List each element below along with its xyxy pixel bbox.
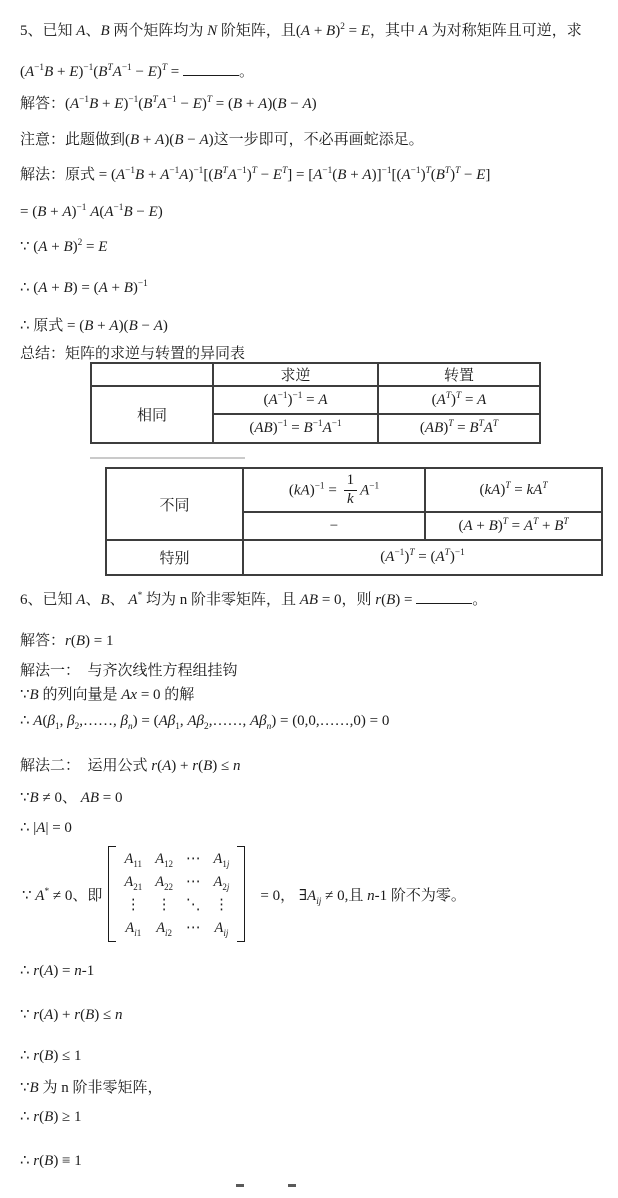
p5-answer: 解答：(A−1B + E)−1(BTA−1 − E)T = (B + A)(B … — [20, 95, 317, 114]
matrix-entry: ⋮ — [126, 897, 141, 914]
matrix-entry: A2j — [214, 874, 230, 891]
matrix-entry: A21 — [124, 874, 142, 891]
matrix-entry: Ai1 — [125, 920, 141, 937]
table2-formula-dash: − — [243, 512, 425, 540]
table2-formula-special: (A−1)T = (AT)−1 — [243, 540, 602, 575]
p6-rank-b-le: ∴ r(B) ≤ 1 — [20, 1047, 82, 1066]
inverse-transpose-table-same: 求逆 转置 相同 (A−1)−1 = A (AT)T = A (AB)−1 = … — [90, 362, 541, 444]
matrix-line-suffix: = 0， ∃Aij ≠ 0,且 n-1 阶不为零。 — [260, 884, 465, 905]
right-bracket — [237, 846, 245, 942]
matrix-entry: ⋮ — [214, 897, 229, 914]
p5-statement-line1: 5、已知 A、B 两个矩阵均为 N 阶矩阵，且(A + B)2 = E，其中 A… — [20, 22, 582, 41]
left-bracket — [108, 846, 116, 942]
p6-method2-because: ∵B ≠ 0、 AB = 0 — [20, 789, 123, 808]
table2-formula-trans-scalar: (kA)T = kAT — [425, 468, 602, 512]
p5-note: 注意：此题做到(B + A)(B − A)这一步即可，不必再画蛇添足。 — [20, 131, 424, 150]
table1-corner-cell — [91, 363, 213, 386]
p5-solution-step1: 解法：原式 = (A−1B + A−1A)−1[(BTA−1)T − ET] =… — [20, 166, 490, 185]
matrix-entry: ⋯ — [186, 874, 201, 891]
matrix-entry: ⋯ — [186, 920, 201, 937]
matrix-line-prefix: ∵ A* ≠ 0、即 — [22, 884, 102, 905]
table2-label-special: 特别 — [106, 540, 243, 575]
p6-method1-title: 解法一： 与齐次线性方程组挂钩 — [20, 662, 238, 681]
matrix-entry: ⋯ — [186, 851, 201, 868]
table1-label-same: 相同 — [91, 386, 213, 443]
table2-label-different: 不同 — [106, 468, 243, 540]
p6-method1-step: ∴ A(β1, β2,……, βn) = (Aβ1, Aβ2,……, Aβn) … — [20, 712, 389, 731]
p6-rank-a: ∴ r(A) = n-1 — [20, 962, 94, 981]
p6-method2-title: 解法二： 运用公式 r(A) + r(B) ≤ n — [20, 757, 241, 776]
cofactor-matrix: A11A12⋯A1jA21A22⋯A2j⋮⋮⋱⋮Ai1Ai2⋯Aij — [108, 846, 245, 942]
document-page: { "colors": { "text": "#1b1b1b", "table_… — [0, 0, 618, 1198]
p6-b-nonzero: ∵B 为 n 阶非零矩阵， — [20, 1079, 162, 1098]
table1-header-inverse: 求逆 — [213, 363, 378, 386]
p6-det-zero: ∴ |A| = 0 — [20, 819, 72, 838]
table2-formula-inv-scalar: (kA)−1 = 1kA−1 — [243, 468, 425, 512]
p6-answer: 解答：r(B) = 1 — [20, 632, 114, 651]
table1-formula-inv-product: (AB)−1 = B−1A−1 — [213, 414, 378, 443]
inverse-transpose-table-different: 不同 (kA)−1 = 1kA−1 (kA)T = kAT − (A + B)T… — [105, 467, 603, 576]
p6-rank-b-eq: ∴ r(B) ≡ 1 — [20, 1152, 82, 1171]
p6-rank-b-ge: ∴ r(B) ≥ 1 — [20, 1108, 82, 1127]
p5-therefore1: ∴ (A + B) = (A + B)−1 — [20, 279, 148, 298]
matrix-entry: A1j — [214, 851, 230, 868]
table1-formula-trans-trans: (AT)T = A — [378, 386, 540, 414]
p6-statement: 6、已知 A、B、 A* 均为 n 阶非零矩阵，且 AB = 0，则 r(B) … — [20, 588, 487, 610]
matrix-entry: A12 — [155, 851, 173, 868]
scan-artifact-line — [90, 457, 245, 459]
table1-formula-trans-product: (AB)T = BTAT — [378, 414, 540, 443]
cofactor-matrix-line: ∵ A* ≠ 0、即 A11A12⋯A1jA21A22⋯A2j⋮⋮⋱⋮Ai1Ai… — [22, 843, 466, 945]
p5-because: ∵ (A + B)2 = E — [20, 238, 107, 257]
p5-solution-step2: = (B + A)−1 A(A−1B − E) — [20, 203, 163, 222]
matrix-entry: A22 — [155, 874, 173, 891]
cutoff-text-fragment — [288, 1184, 296, 1187]
table1-header-transpose: 转置 — [378, 363, 540, 386]
p6-method1-because: ∵B 的列向量是 Ax = 0 的解 — [20, 686, 194, 705]
summary-title: 总结：矩阵的求逆与转置的异同表 — [20, 345, 245, 364]
matrix-entry: ⋮ — [157, 897, 172, 914]
matrix-entry: ⋱ — [186, 897, 201, 914]
matrix-grid: A11A12⋯A1jA21A22⋯A2j⋮⋮⋱⋮Ai1Ai2⋯Aij — [116, 846, 237, 942]
p6-rank-sum: ∵ r(A) + r(B) ≤ n — [20, 1006, 123, 1025]
table2-formula-trans-sum: (A + B)T = AT + BT — [425, 512, 602, 540]
cutoff-text-fragment — [236, 1184, 244, 1187]
table1-formula-inv-inv: (A−1)−1 = A — [213, 386, 378, 414]
p5-statement-line2: (A−1B + E)−1(BTA−1 − E)T = 。 — [20, 60, 254, 82]
p5-therefore2: ∴ 原式 = (B + A)(B − A) — [20, 317, 168, 336]
matrix-entry: Aij — [215, 920, 229, 937]
matrix-entry: A11 — [125, 851, 143, 868]
matrix-entry: Ai2 — [156, 920, 172, 937]
